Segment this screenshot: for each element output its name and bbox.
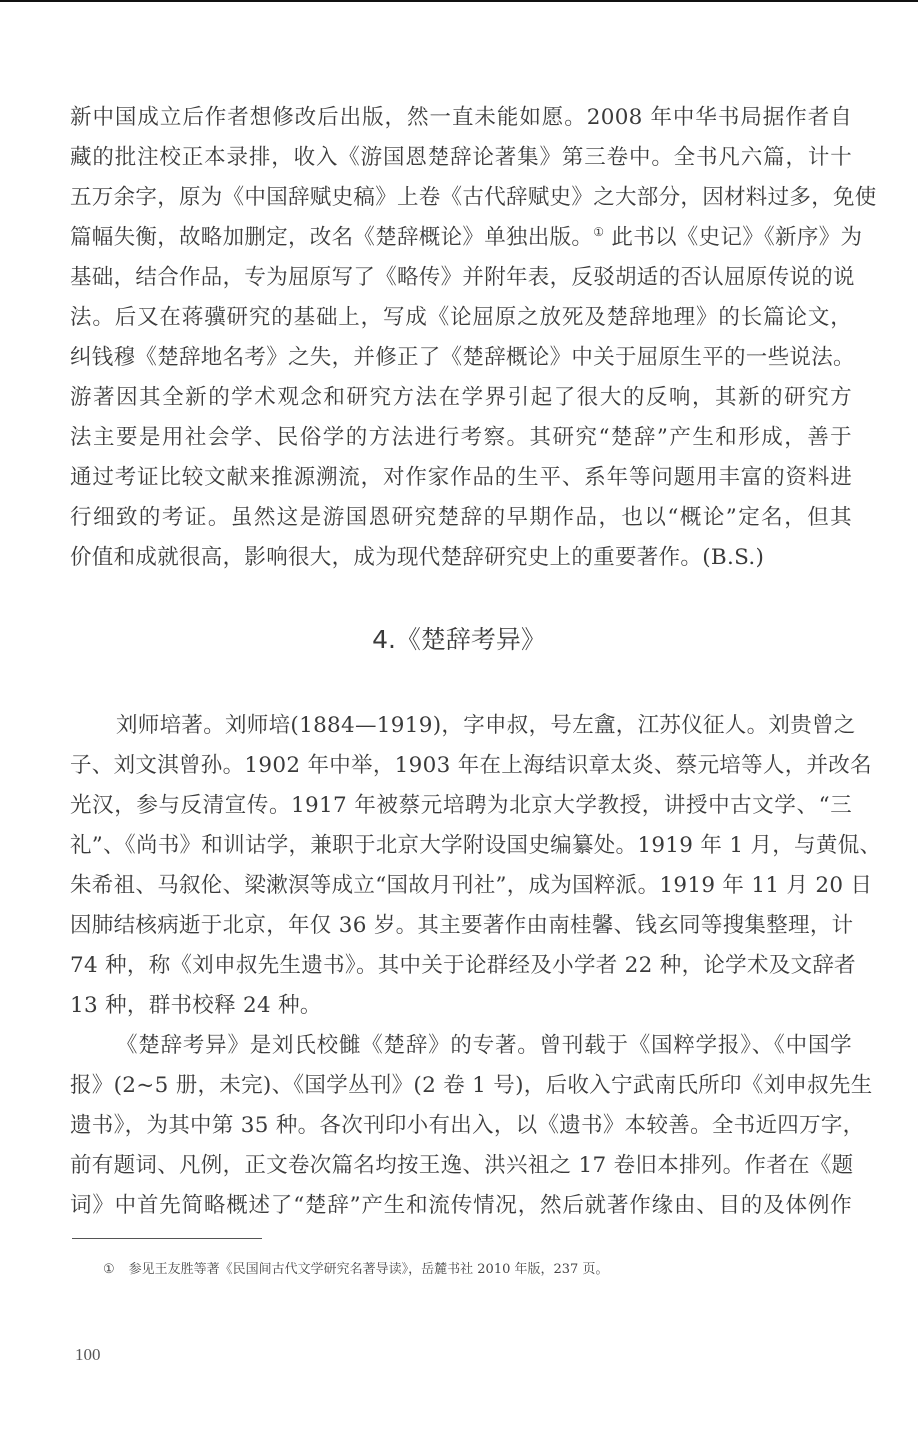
text-line: 《楚辞考异》是刘氏校雠《楚辞》的专著。曾刊载于《国粹学报》、《中国学 [70,1026,852,1066]
text-line: 纠钱穆《楚辞地名考》之失，并修正了《楚辞概论》中关于屈原生平的一些说法。 [70,338,852,378]
paragraph-book-description: 《楚辞考异》是刘氏校雠《楚辞》的专著。曾刊载于《国粹学报》、《中国学 报》(2~… [70,1026,852,1226]
text-line: 五万余字，原为《中国辞赋史稿》上卷《古代辞赋史》之大部分，因材料过多，免使 [70,178,852,218]
text-line: 光汉，参与反清宣传。1917 年被蔡元培聘为北京大学教授，讲授中古文学、“三 [70,786,852,826]
text-line: 前有题词、凡例，正文卷次篇名均按王逸、洪兴祖之 17 卷旧本排列。作者在《题 [70,1146,852,1186]
text-line: 法。后又在蒋骥研究的基础上，写成《论屈原之放死及楚辞地理》的长篇论文， [70,298,852,338]
footnote-reference[interactable]: ① [593,225,604,239]
text-segment: 篇幅失衡，故略加删定，改名《楚辞概论》单独出版。 [70,225,593,250]
text-line: 13 种，群书校释 24 种。 [70,986,852,1026]
section-heading: 4.《楚辞考异》 [0,620,918,660]
top-border [0,0,918,2]
footnote: ①参见王友胜等著《民国间古代文学研究名著导读》，岳麓书社 2010 年版，237… [103,1260,608,1280]
text-line: 藏的批注校正本录排，收入《游国恩楚辞论著集》第三卷中。全书凡六篇，计十 [70,138,852,178]
text-line: 新中国成立后作者想修改后出版，然一直未能如愿。2008 年中华书局据作者自 [70,98,852,138]
continued-paragraph: 新中国成立后作者想修改后出版，然一直未能如愿。2008 年中华书局据作者自 藏的… [70,98,852,578]
text-line: 行细致的考证。虽然这是游国恩研究楚辞的早期作品，也以“概论”定名，但其 [70,498,852,538]
section-body: 刘师培著。刘师培(1884—1919)，字申叔，号左盦，江苏仪征人。刘贵曾之 子… [70,706,852,1226]
text-line: 刘师培著。刘师培(1884—1919)，字申叔，号左盦，江苏仪征人。刘贵曾之 [70,706,852,746]
text-line-with-footnote: 篇幅失衡，故略加删定，改名《楚辞概论》单独出版。① 此书以《史记》《新序》为 [70,218,852,258]
text-line: 法主要是用社会学、民俗学的方法进行考察。其研究“楚辞”产生和形成，善于 [70,418,852,458]
footnote-mark: ① [103,1262,115,1277]
text-line: 礼”、《尚书》和训诂学，兼职于北京大学附设国史编纂处。1919 年 1 月，与黄… [70,826,852,866]
text-line: 因肺结核病逝于北京，年仅 36 岁。其主要著作由南桂馨、钱玄同等搜集整理，计 [70,906,852,946]
text-line: 遗书》，为其中第 35 种。各次刊印小有出入，以《遗书》本较善。全书近四万字， [70,1106,852,1146]
paragraph-author-bio: 刘师培著。刘师培(1884—1919)，字申叔，号左盦，江苏仪征人。刘贵曾之 子… [70,706,852,1026]
text-line: 子、刘文淇曾孙。1902 年中举，1903 年在上海结识章太炎、蔡元培等人，并改… [70,746,852,786]
text-line: 74 种，称《刘申叔先生遗书》。其中关于论群经及小学者 22 种，论学术及文辞者 [70,946,852,986]
text-line: 价值和成就很高，影响很大，成为现代楚辞研究史上的重要著作。(B.S.) [70,538,852,578]
text-line: 词》中首先简略概述了“楚辞”产生和流传情况，然后就著作缘由、目的及体例作 [70,1186,852,1226]
text-line: 朱希祖、马叙伦、梁漱溟等成立“国故月刊社”，成为国粹派。1919 年 11 月 … [70,866,852,906]
footnote-divider [72,1238,262,1239]
text-segment: 此书以《史记》《新序》为 [611,225,862,250]
text-line: 报》(2~5 册，未完)、《国学丛刊》(2 卷 1 号)，后收入宁武南氏所印《刘… [70,1066,852,1106]
text-line: 基础，结合作品，专为屈原写了《略传》并附年表，反驳胡适的否认屈原传说的说 [70,258,852,298]
page-number: 100 [75,1345,101,1365]
footnote-text: 参见王友胜等著《民国间古代文学研究名著导读》，岳麓书社 2010 年版，237 … [129,1262,609,1277]
text-line: 游著因其全新的学术观念和研究方法在学界引起了很大的反响，其新的研究方 [70,378,852,418]
text-line: 通过考证比较文献来推源溯流，对作家作品的生平、系年等问题用丰富的资料进 [70,458,852,498]
